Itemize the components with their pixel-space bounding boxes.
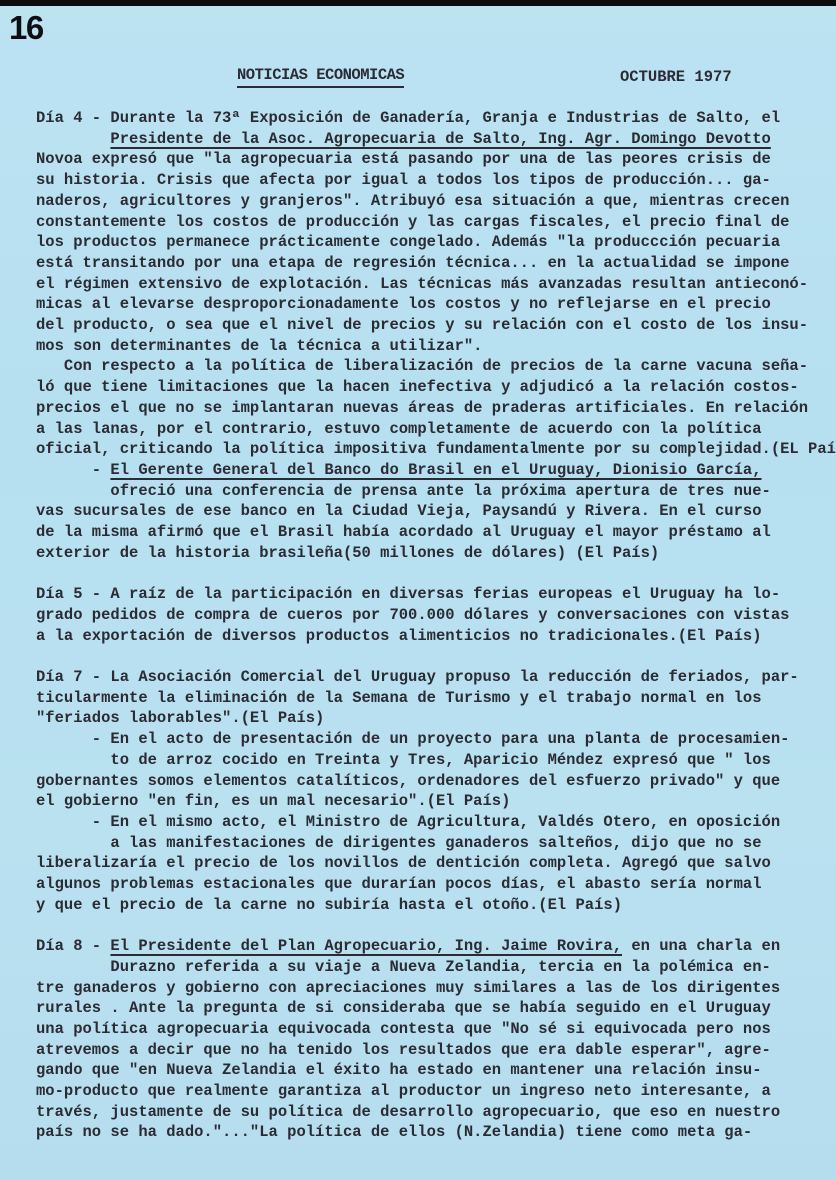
text-line: ticularmente la eliminación de la Semana… <box>36 688 836 709</box>
text-line: Con respecto a la política de liberaliza… <box>36 356 836 377</box>
document-body: Día 4 - Durante la 73ª Exposición de Gan… <box>36 108 836 1143</box>
text-line: to de arroz cocido en Treinta y Tres, Ap… <box>36 750 836 771</box>
text-line: Día 8 - El Presidente del Plan Agropecua… <box>36 936 836 957</box>
text-line: Día 7 - La Asociación Comercial del Urug… <box>36 667 836 688</box>
text-line: a la exportación de diversos productos a… <box>36 626 836 647</box>
text-line: vas sucursales de ese banco en la Ciudad… <box>36 501 836 522</box>
text-line: mo-producto que realmente garantiza al p… <box>36 1081 836 1102</box>
text-line: de la misma afirmó que el Brasil había a… <box>36 522 836 543</box>
text-line: el gobierno "en fin, es un mal necesario… <box>36 791 836 812</box>
text-line: su historia. Crisis que afecta por igual… <box>36 170 836 191</box>
text-line: los productos permanece prácticamente co… <box>36 232 836 253</box>
text-line: a las manifestaciones de dirigentes gana… <box>36 833 836 854</box>
text-line: está transitando por una etapa de regres… <box>36 253 836 274</box>
text-line: grado pedidos de compra de cueros por 70… <box>36 605 836 626</box>
text-line: tre ganaderos y gobierno con apreciacion… <box>36 978 836 999</box>
text-line: través, justamente de su política de des… <box>36 1102 836 1123</box>
text-line: a las lanas, por el contrario, estuvo co… <box>36 419 836 440</box>
text-line: rurales . Ante la pregunta de si conside… <box>36 998 836 1019</box>
text-line: ló que tiene limitaciones que la hacen i… <box>36 377 836 398</box>
text-line: - En el mismo acto, el Ministro de Agric… <box>36 812 836 833</box>
text-line: Presidente de la Asoc. Agropecuaria de S… <box>36 129 836 150</box>
text-line: exterior de la historia brasileña(50 mil… <box>36 543 836 564</box>
text-line: Día 5 - A raíz de la participación en di… <box>36 584 836 605</box>
text-line: precios el que no se implantaran nuevas … <box>36 398 836 419</box>
text-line: gando que "en Nueva Zelandia el éxito ha… <box>36 1060 836 1081</box>
text-line: país no se ha dado."..."La política de e… <box>36 1122 836 1143</box>
text-line: mos son determinantes de la técnica a ut… <box>36 336 836 357</box>
text-line: micas al elevarse desproporcionadamente … <box>36 294 836 315</box>
text-line: Día 4 - Durante la 73ª Exposición de Gan… <box>36 108 836 129</box>
text-line: gobernantes somos elementos catalíticos,… <box>36 771 836 792</box>
document-date: OCTUBRE 1977 <box>620 67 732 87</box>
text-line: y que el precio de la carne no subiría h… <box>36 895 836 916</box>
text-line: - En el acto de presentación de un proye… <box>36 729 836 750</box>
text-line: "feriados laborables".(El País) <box>36 708 836 729</box>
scan-top-edge-bar <box>0 0 836 6</box>
text-line: del producto, o sea que el nivel de prec… <box>36 315 836 336</box>
text-line: Novoa expresó que "la agropecuaria está … <box>36 149 836 170</box>
scanned-document-page: 16 NOTICIAS ECONOMICAS OCTUBRE 1977 Día … <box>0 0 836 1179</box>
text-line <box>36 646 836 667</box>
text-line: naderos, agricultores y granjeros". Atri… <box>36 191 836 212</box>
text-line: liberalizaría el precio de los novillos … <box>36 853 836 874</box>
text-line: el régimen extensivo de explotación. Las… <box>36 274 836 295</box>
document-title: NOTICIAS ECONOMICAS <box>237 65 404 88</box>
page-number: 16 <box>9 11 43 44</box>
text-line <box>36 915 836 936</box>
text-line <box>36 563 836 584</box>
text-line: una política agropecuaria equivocada con… <box>36 1019 836 1040</box>
text-line: Durazno referida a su viaje a Nueva Zela… <box>36 957 836 978</box>
text-line: - El Gerente General del Banco do Brasil… <box>36 460 836 481</box>
text-line: atrevemos a decir que no ha tenido los r… <box>36 1040 836 1061</box>
text-line: oficial, criticando la política impositi… <box>36 439 836 460</box>
text-line: ofreció una conferencia de prensa ante l… <box>36 481 836 502</box>
text-line: algunos problemas estacionales que durar… <box>36 874 836 895</box>
text-line: constantemente los costos de producción … <box>36 212 836 233</box>
